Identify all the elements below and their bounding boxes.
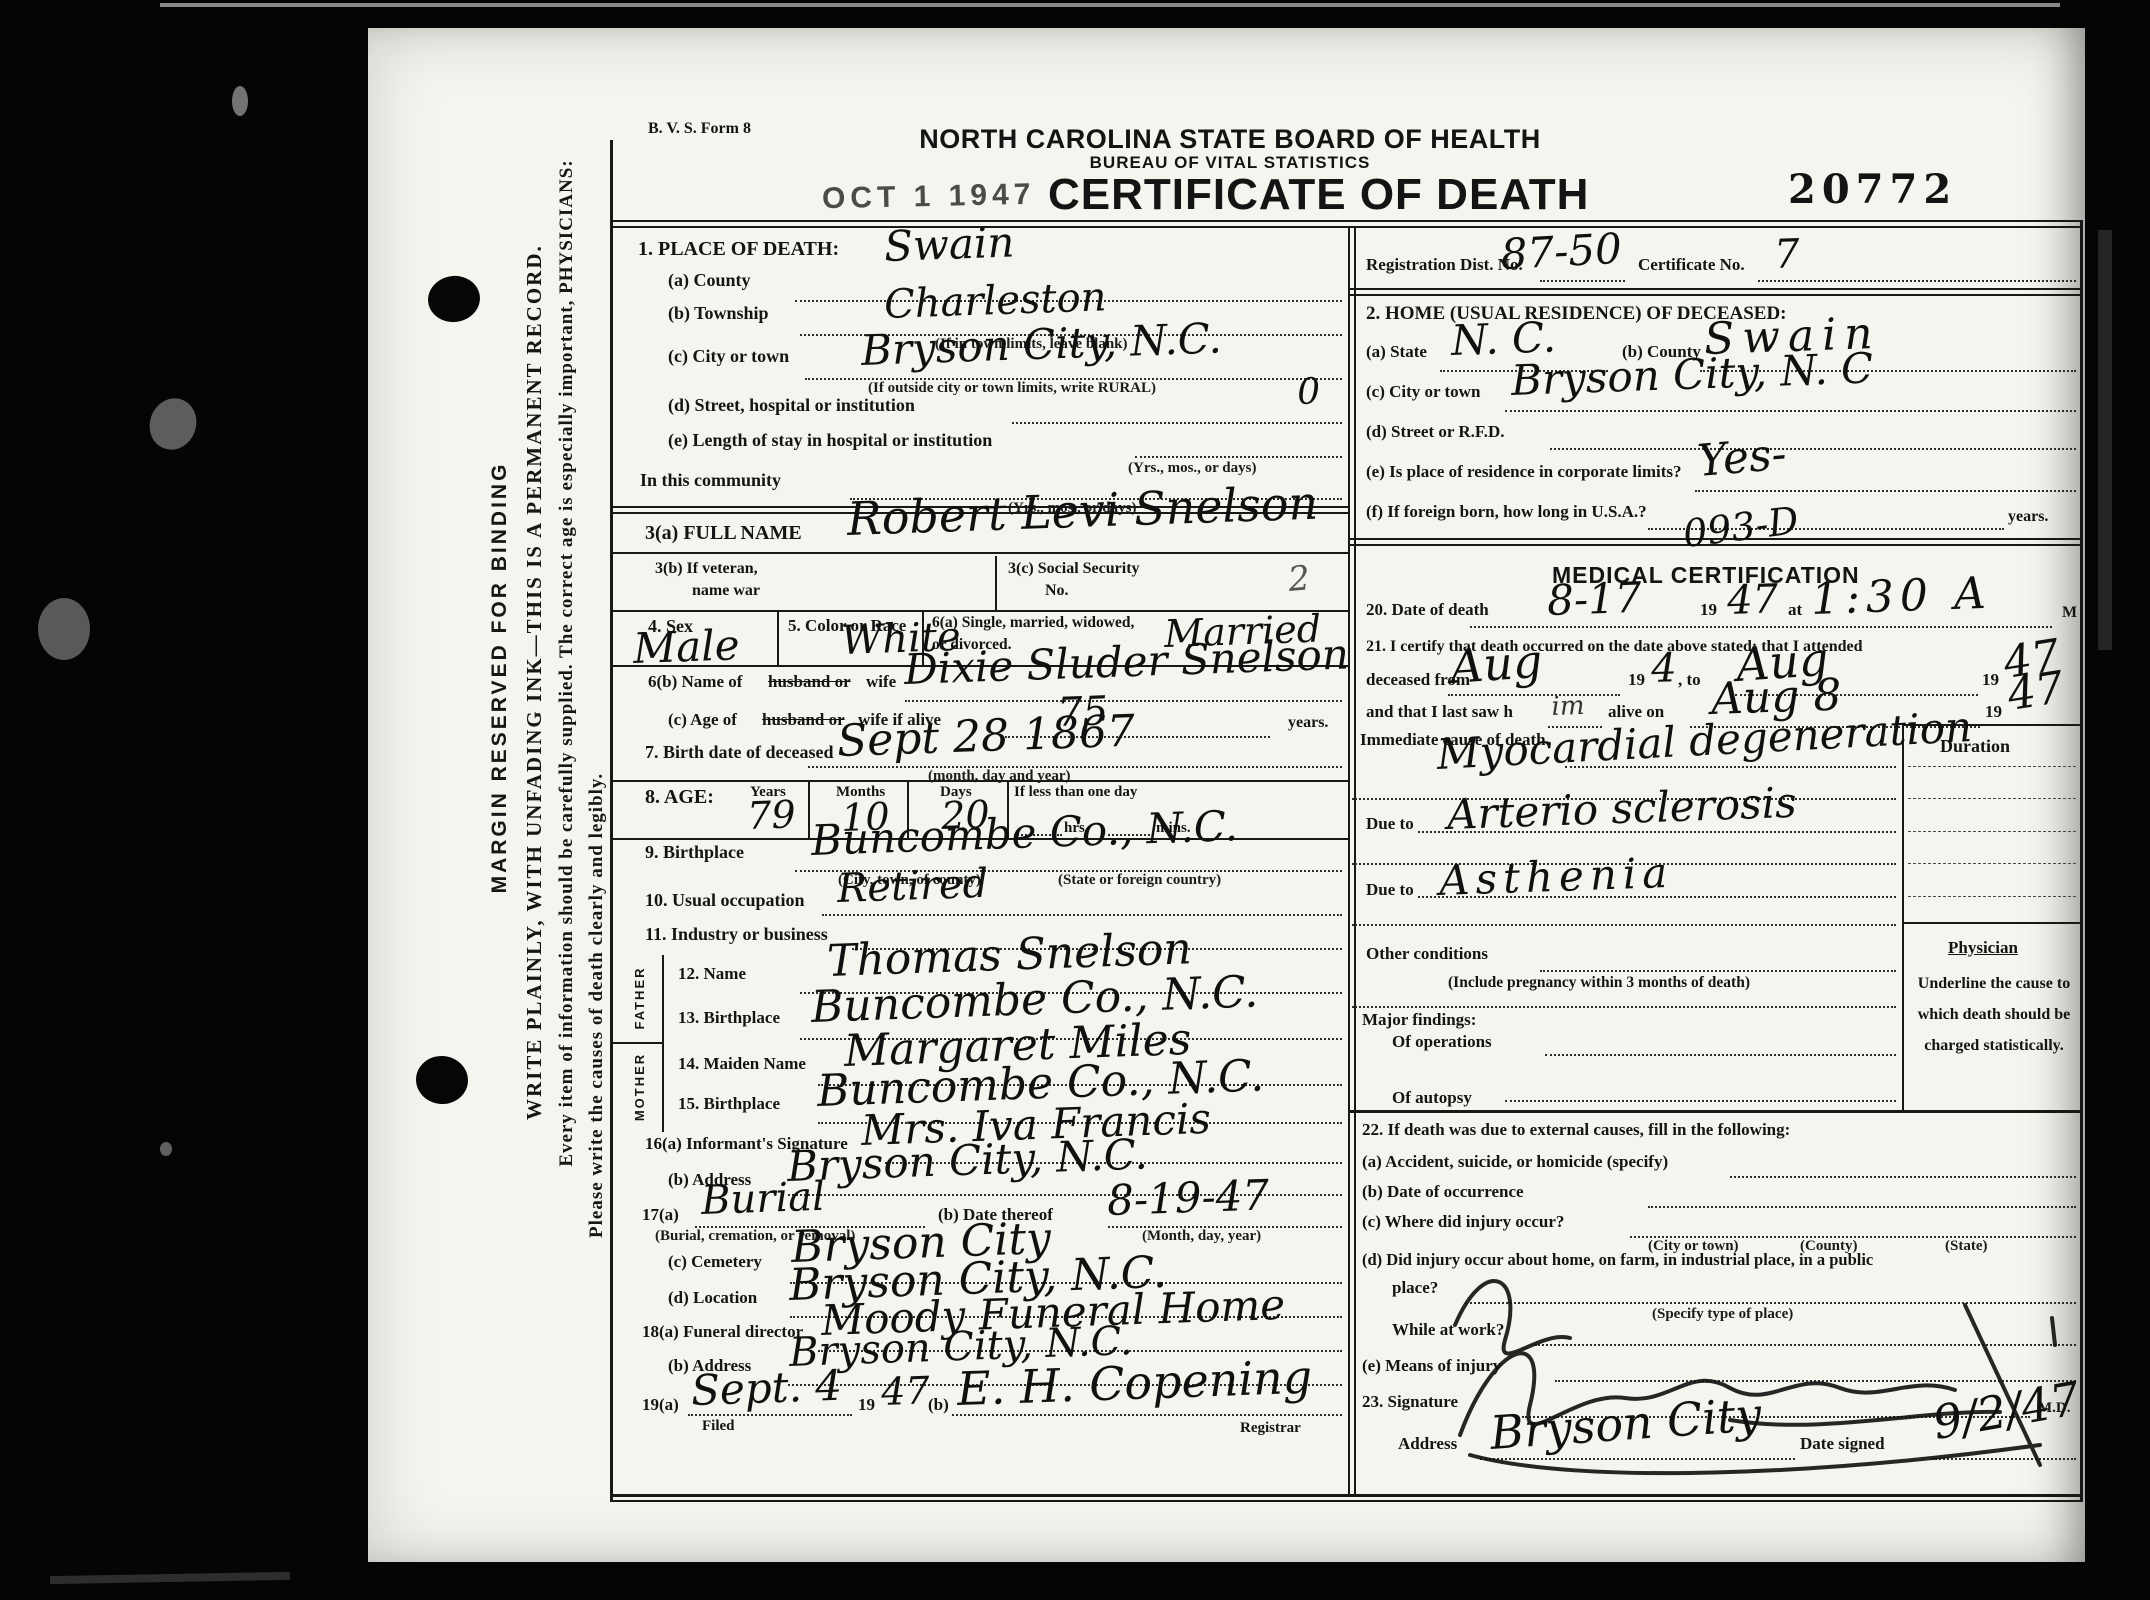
registrar-label: (b) (928, 1395, 949, 1415)
dod-time-value: 1:30 A (1810, 568, 1992, 625)
registration-dist-value: 87-50 (1499, 224, 1622, 279)
injury-where-label: (c) Where did injury occur? (1362, 1212, 1564, 1232)
foreign-born-label: (f) If foreign born, how long in U.S.A.? (1366, 502, 1647, 522)
community-label: In this community (640, 470, 781, 491)
spouse-label-3: wife (866, 672, 896, 692)
industry-label: 11. Industry or business (645, 924, 828, 945)
township-label: (b) Township (668, 303, 769, 324)
age-less-label: If less than one day (1014, 784, 1137, 801)
funeral-director-label: 18(a) Funeral director (642, 1322, 803, 1342)
marital-label: 6(a) Single, married, widowed, (932, 614, 1134, 632)
filed-year-prefix: 19 (858, 1395, 875, 1415)
burial-type-value: Burial (700, 1174, 825, 1224)
burial-date-value: 8-19-47 (1106, 1170, 1270, 1225)
spouse-label: 6(b) Name of (648, 672, 742, 692)
county-label: (a) County (668, 270, 751, 291)
accident-label: (a) Accident, suicide, or homicide (spec… (1362, 1152, 1668, 1172)
physician-note: Underline the cause to which death shoul… (1910, 968, 2078, 1062)
filed-date-value: Sept. 4 (690, 1361, 842, 1415)
veteran-label: 3(b) If veteran, (655, 560, 758, 578)
burial-label: 17(a) (642, 1205, 679, 1225)
scanned-death-certificate: MARGIN RESERVED FOR BINDING WRITE PLAINL… (0, 0, 2150, 1600)
scan-speck (160, 1142, 172, 1156)
margin-note-permanent-record: WRITE PLAINLY, WITH UNFADING INK—THIS IS… (522, 330, 547, 1120)
birthdate-note: (month, day and year) (928, 768, 1071, 785)
last-saw-label: and that I last saw h (1366, 702, 1513, 722)
full-name-label: 3(a) FULL NAME (645, 522, 802, 545)
filed-label: 19(a) (642, 1395, 679, 1415)
certificate-no-label: Certificate No. (1638, 255, 1745, 275)
due-to-label-2: Due to (1366, 880, 1414, 900)
birthplace-note-2: (State or foreign country) (1058, 872, 1221, 889)
scan-speck (142, 392, 203, 457)
margin-note-causes: Please write the causes of death clearly… (586, 783, 608, 1238)
mother-side-label: MOTHER (632, 1046, 647, 1128)
spouse-label-struck: husband or (768, 672, 851, 692)
registrar-caption: Registrar (1240, 1420, 1301, 1437)
scan-speck (38, 598, 90, 660)
physician-signature-scrawl (1400, 1270, 2090, 1510)
from-year-value: 4 (1650, 645, 1677, 692)
father-name-label: 12. Name (678, 964, 746, 984)
stay-note: (Yrs., mos., or days) (1128, 460, 1256, 477)
physician-heading: Physician (1948, 938, 2018, 958)
column-divider-2 (1354, 226, 1356, 1496)
scan-edge-blip (2098, 230, 2112, 650)
margin-note-every-item: Every item of information should be care… (556, 88, 578, 1238)
street-value: 0 (1297, 371, 1321, 413)
veteran-label-2: name war (692, 582, 760, 600)
corporate-limits-label: (e) Is place of residence in corporate l… (1366, 462, 1682, 482)
street-label: (d) Street, hospital or institution (668, 395, 915, 416)
saw-year-prefix: 19 (1985, 702, 2002, 722)
home-state-label: (a) State (1366, 342, 1427, 362)
county-value: Swain (883, 217, 1015, 271)
certificate-no-value: 7 (1773, 231, 1800, 278)
age-years-value: 79 (746, 792, 796, 838)
board-title: NORTH CAROLINA STATE BOARD OF HEALTH (700, 124, 1760, 155)
certificate-title: CERTIFICATE OF DEATH (1048, 170, 1589, 220)
burial-date-note: (Month, day, year) (1142, 1228, 1261, 1245)
form-left-border (610, 140, 613, 1502)
place-of-death-heading: 1. PLACE OF DEATH: (638, 238, 839, 261)
spouse-age-struck: husband or (762, 710, 845, 730)
date-of-death-value: 8-17 (1546, 573, 1642, 625)
ssn-label: 3(c) Social Security (1008, 560, 1140, 578)
due-to-label-1: Due to (1366, 814, 1414, 834)
injury-state-note: (State) (1945, 1238, 1987, 1255)
dod-at-label: at (1788, 600, 1802, 620)
date-of-death-label: 20. Date of death (1366, 600, 1489, 620)
other-conditions-note: (Include pregnancy within 3 months of de… (1448, 974, 1750, 992)
mother-name-label: 14. Maiden Name (678, 1054, 806, 1074)
occupation-label: 10. Usual occupation (645, 890, 805, 911)
external-causes-heading: 22. If death was due to external causes,… (1362, 1120, 1790, 1140)
header-rule-1 (610, 220, 2082, 222)
saw-year-value: 47 (2004, 662, 2067, 721)
filed-year-value: 47 (880, 1368, 930, 1414)
dod-year-value: 47 (1726, 576, 1778, 624)
father-birthplace-label: 13. Birthplace (678, 1008, 780, 1028)
corporate-limits-value: Yes- (1696, 428, 1789, 487)
of-autopsy-label: Of autopsy (1392, 1088, 1472, 1108)
to-label: , to (1678, 670, 1701, 690)
ssn-label-2: No. (1045, 582, 1069, 600)
serial-number: 20772 (1788, 166, 1957, 213)
cemetery-location-label: (d) Location (668, 1288, 757, 1308)
injury-place-label: (d) Did injury occur about home, on farm… (1362, 1250, 1873, 1270)
received-date-stamp: OCT 1 1947 (822, 178, 1036, 216)
scan-bottom-streak (50, 1572, 290, 1584)
stay-label: (e) Length of stay in hospital or instit… (668, 430, 992, 451)
attended-from-value: Aug (1448, 634, 1544, 694)
from-year-prefix: 19 (1628, 670, 1645, 690)
home-street-label: (d) Street or R.F.D. (1366, 422, 1505, 442)
header-rule-2 (610, 226, 2082, 228)
birthdate-label: 7. Birth date of deceased (645, 742, 833, 763)
father-side-label: FATHER (632, 958, 647, 1038)
foreign-born-suffix: years. (2008, 508, 2048, 526)
occupation-value: Retired (836, 861, 989, 912)
other-conditions-label: Other conditions (1366, 944, 1488, 964)
last-saw-fill: im (1551, 691, 1585, 722)
scan-speck (232, 86, 248, 116)
city-label: (c) City or town (668, 346, 789, 367)
birthdate-value: Sept 28 1867 (836, 706, 1136, 767)
registration-dist-label: Registration Dist. No. (1366, 255, 1523, 275)
ssn-value: 2 (1287, 558, 1312, 600)
home-city-label: (c) City or town (1366, 382, 1480, 402)
dod-m-label: M (2062, 604, 2077, 622)
of-operations-label: Of operations (1392, 1032, 1492, 1052)
cemetery-label: (c) Cemetery (668, 1252, 762, 1272)
spouse-age-suffix: years. (1288, 714, 1328, 732)
major-findings-label: Major findings: (1362, 1010, 1476, 1030)
to-year-prefix: 19 (1982, 670, 1999, 690)
scan-top-streak (160, 3, 2060, 7)
mother-birthplace-label: 15. Birthplace (678, 1094, 780, 1114)
filed-caption: Filed (702, 1418, 735, 1435)
dod-year-prefix: 19 (1700, 600, 1717, 620)
birthplace-label: 9. Birthplace (645, 842, 744, 863)
age-heading: 8. AGE: (645, 786, 714, 809)
occurrence-date-label: (b) Date of occurrence (1362, 1182, 1524, 1202)
column-divider-1 (1348, 226, 1350, 1496)
spouse-age-label: (c) Age of (668, 710, 737, 730)
margin-note-binding: MARGIN RESERVED FOR BINDING (488, 425, 512, 930)
